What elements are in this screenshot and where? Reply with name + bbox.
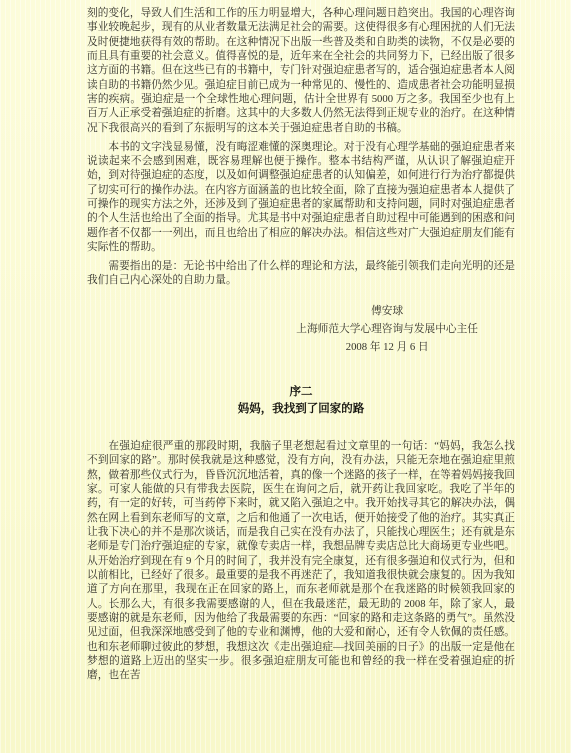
preface-one-paragraph-continuation: 刻的变化，导致人们生活和工作的压力明显增大，各种心理问题日趋突出。我国的心理咨询… bbox=[87, 6, 515, 135]
signature-date: 2008 年 12 月 6 日 bbox=[296, 338, 478, 356]
preface-one-paragraph: 本书的文字浅显易懂，没有晦涩难懂的深奥理论。对于没有心理学基础的强迫症患者来说读… bbox=[87, 140, 515, 255]
page-text-block: 刻的变化，导致人们生活和工作的压力明显增大，各种心理问题日趋突出。我国的心理咨询… bbox=[87, 6, 515, 683]
preface-two-paragraph: 在强迫症很严重的那段时期，我脑子里老想起看过文章里的一句话：“妈妈，我怎么找不到… bbox=[87, 439, 515, 683]
signature-title: 上海师范大学心理咨询与发展中心主任 bbox=[296, 320, 478, 338]
signature-name: 傅安球 bbox=[296, 302, 478, 320]
book-page: 刻的变化，导致人们生活和工作的压力明显增大，各种心理问题日趋突出。我国的心理咨询… bbox=[0, 0, 571, 753]
signature-block: 傅安球 上海师范大学心理咨询与发展中心主任 2008 年 12 月 6 日 bbox=[296, 302, 478, 357]
preface-two-heading: 序二 bbox=[87, 385, 515, 401]
preface-one-paragraph: 需要指出的是：无论书中给出了什么样的理论和方法，最终能引领我们走向光明的还是我们… bbox=[87, 259, 515, 288]
preface-two-subheading: 妈妈，我找到了回家的路 bbox=[87, 401, 515, 417]
